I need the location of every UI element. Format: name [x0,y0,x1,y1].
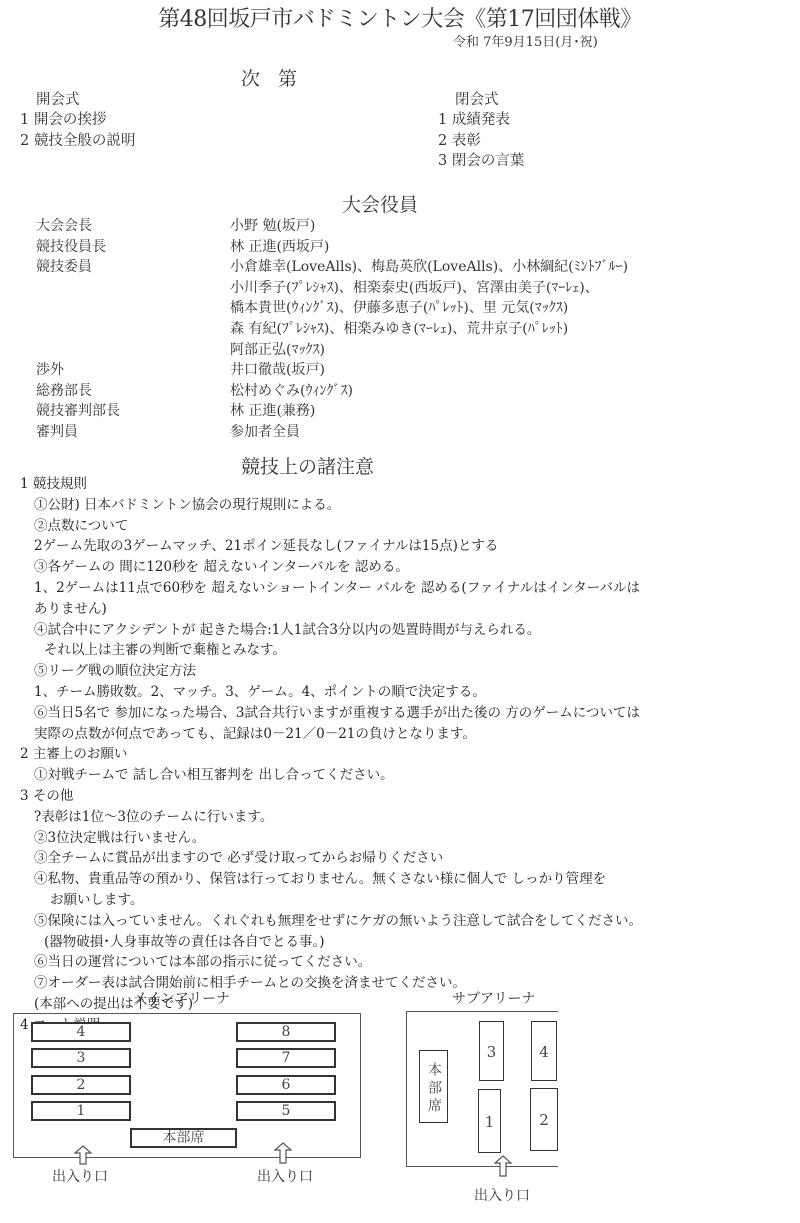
entrance-arrow-icon [274,1142,292,1164]
court-2: 2 [31,1075,131,1095]
main-entrance-left-label: 出入り口 [52,1166,108,1186]
note-line: 実際の点数が何点であっても、記録は0－21／0－21の負けとなります。 [20,724,642,745]
note-line: ?表彰は1位～3位のチームに行います。 [20,807,642,828]
official-role: 渉外 [36,360,230,381]
sub-arena-label: サブアリーナ [452,988,535,1008]
note-line: ③各ゲームの 間に120秒を 超えないインターバルを 認める。 [20,557,642,578]
official-names: 小倉雄幸(LoveAlls)、梅島英欣(LoveAlls)、小林綱紀(ﾐﾝﾄﾌﾞ… [230,257,628,278]
opening-ceremony-list: 1 開会の挨拶 2 競技全般の説明 [20,110,135,151]
official-role: 競技役員長 [36,237,230,258]
official-names: 小川季子(ﾌﾟﾚｼｬｽ)、相楽泰史(西坂戸)、宮澤由美子(ﾏｰﾚｪ)、 [230,278,599,299]
program-heading: 次 第 [241,64,303,91]
official-row: 大会会長小野 勉(坂戸) [36,216,628,237]
official-role: 総務部長 [36,381,230,402]
note-line: ⑥当日5名で 参加になった場合、3試合共行いますが重複する選手が出た後の 方のゲ… [20,703,642,724]
program-item: 1 成績発表 [438,110,524,131]
note-line: ②3位決定戦は行いません。 [20,828,642,849]
note-line: 3 その他 [20,786,642,807]
program-item: 2 表彰 [438,131,524,152]
note-line: それ以上は主審の判断で棄権とみなす。 [20,640,642,661]
official-names: 松村めぐみ(ｳｨﾝｸﾞｽ) [230,381,353,402]
official-role [36,319,230,340]
note-line: ⑦オーダー表は試合開始前に相手チームとの交換を済ませてください。 [20,973,642,994]
entrance-arrow-icon [494,1155,512,1177]
official-role [36,340,230,361]
official-role: 大会会長 [36,216,230,237]
official-role: 競技審判部長 [36,401,230,422]
program-item: 3 閉会の言葉 [438,151,524,172]
note-line: ありません) [20,599,642,620]
note-line: 1、チーム勝敗数。2、マッチ。3、ゲーム。4、ポイントの順で決定する。 [20,682,642,703]
official-role: 競技委員 [36,257,230,278]
sub-hq-desk: 本部席 [419,1050,448,1123]
official-row: 森 有紀(ﾌﾟﾚｼｬｽ)、相楽みゆき(ﾏｰﾚｪ)、荒井京子(ﾊﾟﾚｯﾄ) [36,319,628,340]
court-8: 8 [236,1022,336,1042]
sub-court-2: 2 [530,1088,558,1151]
sub-entrance-label: 出入り口 [474,1185,530,1205]
official-row: 競技委員小倉雄幸(LoveAlls)、梅島英欣(LoveAlls)、小林綱紀(ﾐ… [36,257,628,278]
official-row: 渉外井口徹哉(坂戸) [36,360,628,381]
official-names: 参加者全員 [230,422,300,443]
court-1: 1 [31,1101,131,1121]
note-line: ②点数について [20,516,642,537]
note-line: ①対戦チームで 話し合い相互審判を 出し合ってください。 [20,765,642,786]
sub-court-3: 3 [479,1021,504,1081]
main-entrance-right-label: 出入り口 [257,1166,313,1186]
notes-list: 1 競技規則 ①公財) 日本バドミントン協会の現行規則による。 ②点数について … [20,474,642,1036]
main-hq-desk: 本部席 [130,1128,237,1148]
document-title: 第48回坂戸市バドミントン大会《第17回団体戦》 [0,2,800,33]
court-6: 6 [236,1075,336,1095]
official-names: 阿部正弘(ﾏｯｸｽ) [230,340,325,361]
entrance-arrow-icon [74,1145,92,1165]
note-line: 1、2ゲームは11点で60秒を 超えないショートインター バルを 認める(ファイ… [20,578,642,599]
official-row: 橋本貴世(ｳｨﾝｸﾞｽ)、伊藤多恵子(ﾊﾟﾚｯﾄ)、里 元気(ﾏｯｸｽ) [36,298,628,319]
note-line: (器物破損･人身事故等の責任は各自でとる事。) [20,932,642,953]
court-3: 3 [31,1048,131,1068]
note-line: ①公財) 日本バドミントン協会の現行規則による。 [20,495,642,516]
closing-ceremony-label: 閉会式 [455,90,499,111]
official-role [36,298,230,319]
court-5: 5 [236,1101,336,1121]
program-item: 2 競技全般の説明 [20,131,135,152]
opening-ceremony-label: 開会式 [36,90,80,111]
note-line: 2ゲーム先取の3ゲームマッチ、21ポイン延長なし(ファイナルは15点)とする [20,536,642,557]
note-line: ④試合中にアクシデントが 起きた場合:1人1試合3分以内の処置時間が与えられる。 [20,620,642,641]
official-row: 競技役員長林 正進(西坂戸) [36,237,628,258]
sub-court-4: 4 [531,1021,557,1081]
official-names: 森 有紀(ﾌﾟﾚｼｬｽ)、相楽みゆき(ﾏｰﾚｪ)、荒井京子(ﾊﾟﾚｯﾄ) [230,319,568,340]
official-row: 阿部正弘(ﾏｯｸｽ) [36,340,628,361]
official-names: 林 正進(兼務) [230,401,315,422]
note-line: 2 主審上のお願い [20,744,642,765]
note-line: 1 競技規則 [20,474,642,495]
court-4: 4 [31,1022,131,1042]
event-date: 令和 7年9月15日(月･祝) [453,31,598,50]
officials-heading: 大会役員 [342,190,418,217]
official-names: 橋本貴世(ｳｨﾝｸﾞｽ)、伊藤多恵子(ﾊﾟﾚｯﾄ)、里 元気(ﾏｯｸｽ) [230,298,568,319]
official-row: 総務部長松村めぐみ(ｳｨﾝｸﾞｽ) [36,381,628,402]
official-row: 競技審判部長林 正進(兼務) [36,401,628,422]
note-line: お願いします。 [20,890,642,911]
official-names: 小野 勉(坂戸) [230,216,315,237]
official-names: 井口徹哉(坂戸) [230,360,325,381]
officials-table: 大会会長小野 勉(坂戸) 競技役員長林 正進(西坂戸) 競技委員小倉雄幸(Lov… [36,216,628,443]
note-line: ⑤リーグ戦の順位決定方法 [20,661,642,682]
official-role [36,278,230,299]
note-line: ③全チームに賞品が出ますので 必ず受け取ってからお帰りください [20,848,642,869]
closing-ceremony-list: 1 成績発表 2 表彰 3 閉会の言葉 [438,110,524,172]
official-role: 審判員 [36,422,230,443]
court-7: 7 [236,1048,336,1068]
official-names: 林 正進(西坂戸) [230,237,329,258]
note-line: ⑥当日の運営については本部の指示に従ってください。 [20,952,642,973]
official-row: 小川季子(ﾌﾟﾚｼｬｽ)、相楽泰史(西坂戸)、宮澤由美子(ﾏｰﾚｪ)、 [36,278,628,299]
note-line: ⑤保険には入っていません。くれぐれも無理をせずにケガの無いよう注意して試合をして… [20,911,642,932]
program-item: 1 開会の挨拶 [20,110,135,131]
official-row: 審判員参加者全員 [36,422,628,443]
main-arena-label: メインアリーナ [133,988,230,1008]
note-line: ④私物、貴重品等の預かり、保管は行っておりません。無くさない様に個人で しっかり… [20,869,642,890]
sub-court-1: 1 [478,1089,501,1153]
